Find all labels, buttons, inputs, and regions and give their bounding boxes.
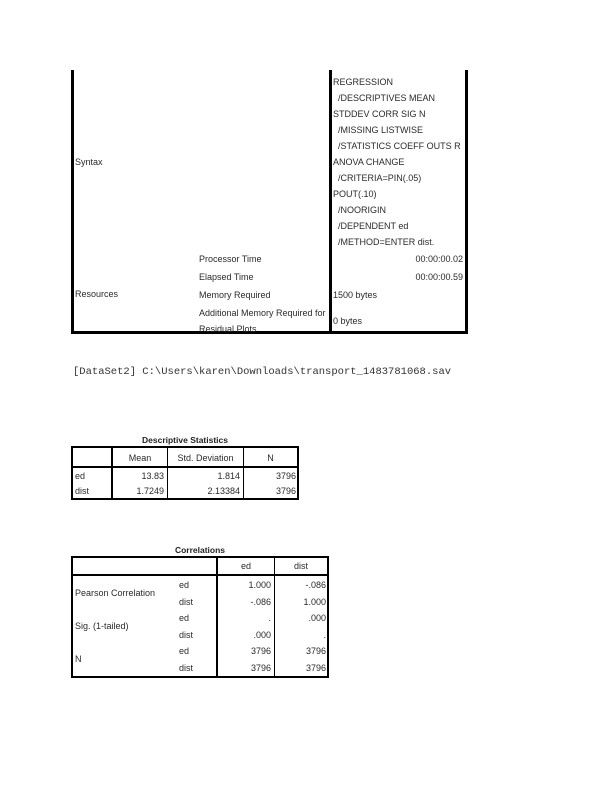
elapsed-time-value: 00:00:00.59 <box>333 269 463 285</box>
table-border-right <box>465 70 468 334</box>
cell-dist: .000 <box>275 610 326 626</box>
syntax-line: /MISSING LISTWISE <box>333 122 423 138</box>
notes-table: Syntax REGRESSION /DESCRIPTIVES MEANSTDD… <box>71 70 467 334</box>
elapsed-time-label: Elapsed Time <box>199 269 254 285</box>
cell-dist: -.086 <box>275 577 326 593</box>
col-header-dist: dist <box>275 558 327 574</box>
cell-ed: 3796 <box>218 643 271 659</box>
table-divider <box>329 70 332 334</box>
syntax-line: STDDEV CORR SIG N <box>333 106 426 122</box>
row-variable: dist <box>179 594 193 610</box>
syntax-line: /DEPENDENT ed <box>333 218 408 234</box>
cell-ed: 3796 <box>218 660 271 676</box>
cell-ed: -.086 <box>218 594 271 610</box>
group-label: N <box>75 651 82 667</box>
descriptive-statistics-table: Mean Std. Deviation N ed 13.83 1.814 379… <box>71 446 299 500</box>
dataset-path: [DataSet2] C:\Users\karen\Downloads\tran… <box>73 366 451 378</box>
syntax-line: REGRESSION <box>333 74 393 90</box>
cell-dist: 3796 <box>275 660 326 676</box>
cell-n: 3796 <box>244 468 296 484</box>
syntax-line: /NOORIGIN <box>333 202 386 218</box>
row-variable: ed <box>179 643 189 659</box>
memory-required-label: Memory Required <box>199 287 271 303</box>
cell-std: 2.13384 <box>168 483 240 499</box>
syntax-line: ANOVA CHANGE <box>333 154 404 170</box>
row-variable: ed <box>179 610 189 626</box>
syntax-line: POUT(.10) <box>333 186 377 202</box>
cell-mean: 1.7249 <box>113 483 164 499</box>
row-label: dist <box>75 483 89 499</box>
cell-std: 1.814 <box>168 468 240 484</box>
col-header-n: N <box>244 450 297 466</box>
col-header-std-deviation: Std. Deviation <box>168 450 243 466</box>
additional-memory-label-line2: Residual Plots <box>199 321 257 337</box>
additional-memory-label-line1: Additional Memory Required for <box>199 305 326 321</box>
cell-ed: .000 <box>218 627 271 643</box>
table-border-left <box>71 70 74 334</box>
syntax-line: /DESCRIPTIVES MEAN <box>333 90 435 106</box>
syntax-line: /METHOD=ENTER dist. <box>333 234 434 250</box>
additional-memory-value: 0 bytes <box>333 313 362 329</box>
resources-label: Resources <box>75 286 118 302</box>
processor-time-label: Processor Time <box>199 251 262 267</box>
cell-dist: 1.000 <box>275 594 326 610</box>
syntax-label: Syntax <box>75 154 103 170</box>
processor-time-value: 00:00:00.02 <box>333 251 463 267</box>
cell-dist: . <box>275 627 326 643</box>
group-label: Sig. (1-tailed) <box>75 618 129 634</box>
cell-ed: . <box>218 610 271 626</box>
row-variable: ed <box>179 577 189 593</box>
correlations-table: ed dist Pearson Correlationed1.000-.086d… <box>71 556 329 678</box>
cell-ed: 1.000 <box>218 577 271 593</box>
row-variable: dist <box>179 627 193 643</box>
cell-mean: 13.83 <box>113 468 164 484</box>
col-header-mean: Mean <box>113 450 167 466</box>
correlations-title: Correlations <box>71 545 329 555</box>
table-border-bottom <box>71 331 468 334</box>
row-variable: dist <box>179 660 193 676</box>
descriptive-statistics-title: Descriptive Statistics <box>71 435 299 445</box>
syntax-line: /CRITERIA=PIN(.05) <box>333 170 421 186</box>
cell-n: 3796 <box>244 483 296 499</box>
memory-required-value: 1500 bytes <box>333 287 377 303</box>
syntax-line: /STATISTICS COEFF OUTS R <box>333 138 461 154</box>
col-header-ed: ed <box>218 558 274 574</box>
cell-dist: 3796 <box>275 643 326 659</box>
group-label: Pearson Correlation <box>75 585 155 601</box>
row-label: ed <box>75 468 85 484</box>
